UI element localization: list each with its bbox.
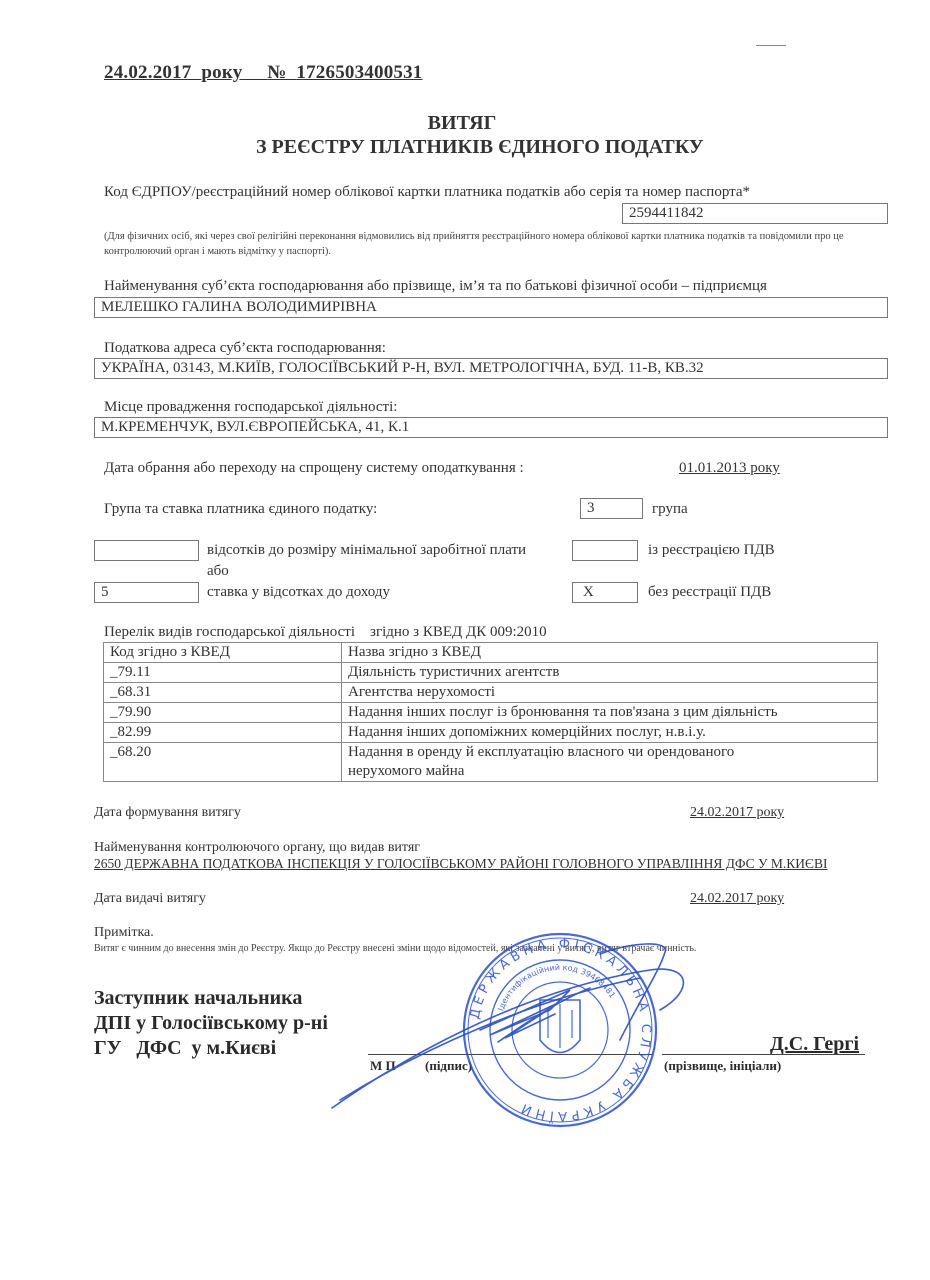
simplified-date-label: Дата обрання або переходу на спрощену си… <box>104 460 524 477</box>
formation-date-label: Дата формування витягу <box>94 805 241 821</box>
or-label: або <box>207 563 229 580</box>
kved-row: _68.20 Надання в оренду й експлуатацію в… <box>104 743 878 782</box>
document-subtitle: З РЕЄСТРУ ПЛАТНИКІВ ЄДИНОГО ПОДАТКУ <box>30 136 930 159</box>
handwritten-signature-icon <box>320 930 720 1120</box>
extract-number: 1726503400531 <box>296 62 422 83</box>
income-rate-field: 5 <box>94 582 199 603</box>
vat-not-registered-field: X <box>572 582 638 603</box>
entity-name-label: Найменування суб’єкта господарювання або… <box>104 278 767 295</box>
kved-row: _82.99 Надання інших допоміжних комерцій… <box>104 723 878 743</box>
kved-code: _68.20 <box>104 743 342 782</box>
authority-value: 2650 ДЕРЖАВНА ПОДАТКОВА ІНСПЕКЦІЯ У ГОЛО… <box>94 856 827 872</box>
number-sign: № <box>267 62 286 83</box>
business-place-field: М.КРЕМЕНЧУК, ВУЛ.ЄВРОПЕЙСЬКА, 41, К.1 <box>94 417 888 438</box>
authority-label: Найменування контролюючого органу, що ви… <box>94 840 420 856</box>
kved-table: Код згідно з КВЕД Назва згідно з КВЕД _7… <box>103 642 878 782</box>
tax-address-field: УКРАЇНА, 03143, М.КИЇВ, ГОЛОСІЇВСЬКИЙ Р-… <box>94 358 888 379</box>
kved-row: _68.31 Агентства нерухомості <box>104 683 878 703</box>
taxpayer-code-footnote: (Для фізичних осіб, які через свої реліг… <box>104 229 894 259</box>
simplified-date-value: 01.01.2013 року <box>679 460 780 477</box>
group-field: 3 <box>580 498 643 519</box>
formation-date-value: 24.02.2017 року <box>690 805 784 821</box>
kved-code: _68.31 <box>104 683 342 703</box>
group-label: Група та ставка платника єдиного податку… <box>104 501 377 518</box>
kved-name: Агентства нерухомості <box>342 683 878 703</box>
document-title: ВИТЯГ <box>0 112 927 135</box>
kved-name: Діяльність туристичних агентств <box>342 663 878 683</box>
kved-row: _79.90 Надання інших послуг із бронюванн… <box>104 703 878 723</box>
kved-header-name: Назва згідно з КВЕД <box>342 643 878 663</box>
kved-caption: Перелік видів господарської діяльності з… <box>104 624 547 641</box>
kved-name: Надання в оренду й експлуатацію власного… <box>342 743 878 782</box>
taxpayer-code-field: 2594411842 <box>622 203 888 224</box>
vat-registered-field <box>572 540 638 561</box>
kved-code: _82.99 <box>104 723 342 743</box>
tax-address-label: Податкова адреса суб’єкта господарювання… <box>104 340 386 357</box>
kved-name: Надання інших допоміжних комерційних пос… <box>342 723 878 743</box>
signer-position-line2: ДПІ у Голосіївському р-ні <box>94 1011 328 1036</box>
kved-header-row: Код згідно з КВЕД Назва згідно з КВЕД <box>104 643 878 663</box>
signer-position-line1: Заступник начальника <box>94 986 302 1011</box>
signer-position-line3: ГУ ДФС у м.Києві <box>94 1036 276 1061</box>
entity-name-field: МЕЛЕШКО ГАЛИНА ВОЛОДИМИРІВНА <box>94 297 888 318</box>
taxpayer-code-label: Код ЄДРПОУ/реєстраційний номер облікової… <box>104 184 750 201</box>
kved-header-code: Код згідно з КВЕД <box>104 643 342 663</box>
vat-not-registered-label: без реєстрації ПДВ <box>648 584 771 601</box>
extract-date: 24.02.2017 <box>104 62 192 83</box>
issue-date-label: Дата видачі витягу <box>94 891 206 907</box>
business-place-label: Місце провадження господарської діяльнос… <box>104 399 397 416</box>
kved-row: _79.11 Діяльність туристичних агентств <box>104 663 878 683</box>
group-suffix: група <box>652 501 688 518</box>
vat-registered-label: із реєстрацією ПДВ <box>648 542 775 559</box>
scan-mark <box>756 45 786 46</box>
kved-name: Надання інших послуг із бронювання та по… <box>342 703 878 723</box>
kved-code: _79.11 <box>104 663 342 683</box>
issue-date-value: 24.02.2017 року <box>690 891 784 907</box>
extract-date-suffix: року <box>201 62 242 83</box>
min-wage-percent-label: відсотків до розміру мінімальної заробіт… <box>207 542 526 559</box>
income-rate-label: ставка у відсотках до доходу <box>207 584 390 601</box>
note-title: Примітка. <box>94 925 154 941</box>
kved-code: _79.90 <box>104 703 342 723</box>
extract-header: 24.02.2017 року № 1726503400531 <box>104 62 423 84</box>
min-wage-percent-field <box>94 540 199 561</box>
